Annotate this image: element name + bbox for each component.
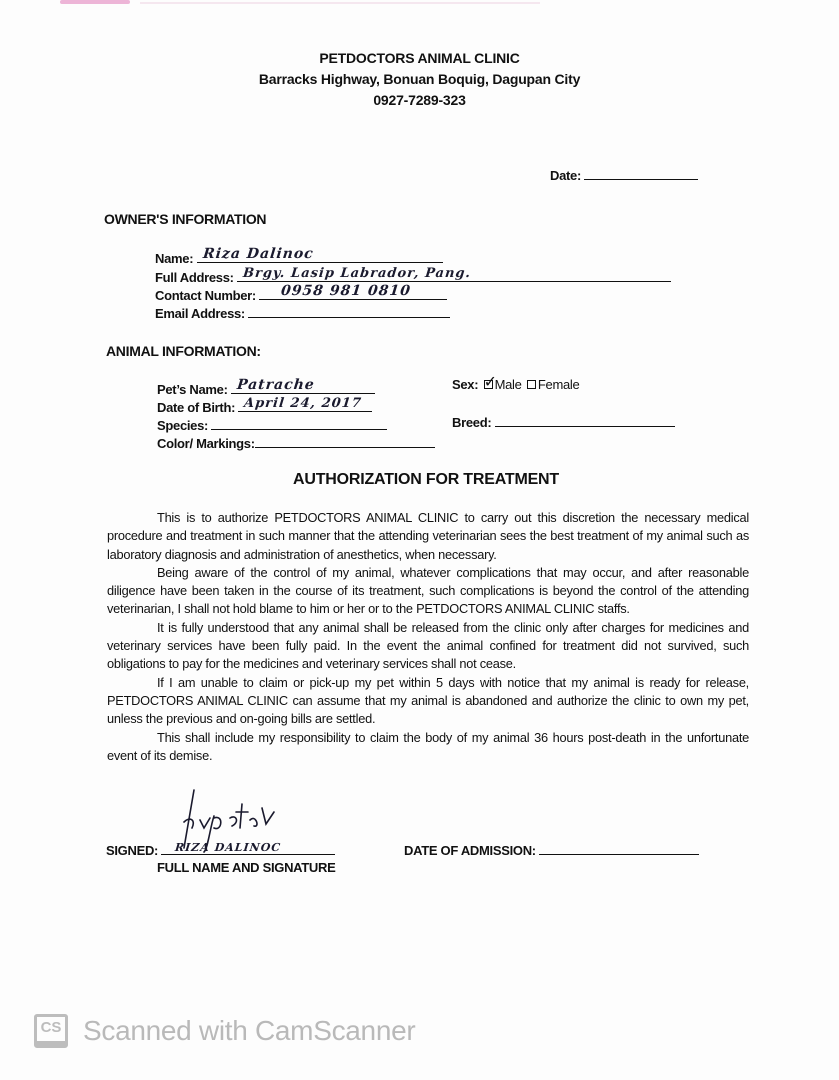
color-markings-label: Color/ Markings: [157, 436, 255, 451]
date-input-line[interactable] [584, 167, 698, 180]
owner-address-label: Full Address: [155, 270, 234, 285]
species-input[interactable] [211, 417, 387, 430]
signed-field: SIGNED: RIZA DALINOC [106, 842, 335, 858]
camscanner-logo-icon: CS [34, 1014, 68, 1048]
authorization-paragraph: It is fully understood that any animal s… [107, 619, 749, 674]
authorization-paragraph: This is to authorize PETDOCTORS ANIMAL C… [107, 509, 749, 564]
authorization-body: This is to authorize PETDOCTORS ANIMAL C… [107, 509, 749, 765]
owner-name-label: Name: [155, 251, 193, 266]
scan-smudge [60, 0, 130, 4]
male-option-label: Male [495, 377, 522, 392]
owner-name-field: Name: Riza Dalinoc [155, 250, 443, 266]
pet-dob-field: Date of Birth: April 24, 2017 [157, 399, 372, 415]
pet-name-label: Pet’s Name: [157, 382, 228, 397]
clinic-address: Barracks Highway, Bonuan Boquig, Dagupan… [0, 71, 839, 87]
owner-email-field: Email Address: [155, 305, 450, 321]
color-markings-field: Color/ Markings: [157, 435, 435, 451]
pet-dob-input[interactable]: April 24, 2017 [238, 399, 372, 412]
pet-dob-label: Date of Birth: [157, 400, 235, 415]
date-of-admission-input[interactable] [539, 842, 699, 855]
breed-label: Breed: [452, 415, 491, 430]
date-field: Date: [550, 167, 698, 183]
signed-label: SIGNED: [106, 843, 158, 858]
signature-caption: FULL NAME AND SIGNATURE [157, 860, 335, 875]
authorization-paragraph: This shall include my responsibility to … [107, 729, 749, 766]
signature-input[interactable]: RIZA DALINOC [161, 842, 335, 855]
date-of-admission-label: DATE OF ADMISSION: [404, 843, 536, 858]
color-markings-input[interactable] [255, 435, 435, 448]
female-option-label: Female [538, 377, 580, 392]
breed-field: Breed: [452, 414, 675, 430]
species-field: Species: [157, 417, 387, 433]
sex-field: Sex: ✓Male Female [452, 377, 579, 392]
clinic-phone: 0927-7289-323 [0, 92, 839, 108]
authorization-paragraph: If I am unable to claim or pick-up my pe… [107, 674, 749, 729]
checkmark-icon: ✓ [484, 372, 497, 392]
clinic-name: PETDOCTORS ANIMAL CLINIC [0, 50, 839, 66]
date-of-admission-field: DATE OF ADMISSION: [404, 842, 699, 858]
sex-label: Sex: [452, 377, 478, 392]
owner-email-label: Email Address: [155, 306, 245, 321]
pet-name-field: Pet’s Name: Patrache [157, 381, 375, 397]
watermark-text: Scanned with CamScanner [83, 1015, 415, 1047]
owner-contact-label: Contact Number: [155, 288, 256, 303]
owner-address-input[interactable]: Brgy. Lasip Labrador, Pang. [237, 269, 671, 282]
owner-section-title: OWNER'S INFORMATION [104, 211, 266, 227]
male-checkbox[interactable]: ✓ [484, 380, 493, 389]
date-label: Date: [550, 168, 581, 183]
owner-name-input[interactable]: Riza Dalinoc [197, 250, 443, 263]
scan-smudge [140, 2, 540, 4]
owner-contact-input[interactable]: 0958 981 0810 [259, 287, 447, 300]
owner-email-input[interactable] [248, 305, 450, 318]
animal-section-title: ANIMAL INFORMATION: [106, 343, 261, 359]
owner-address-field: Full Address: Brgy. Lasip Labrador, Pang… [155, 269, 671, 285]
pet-name-input[interactable]: Patrache [231, 381, 375, 394]
breed-input[interactable] [495, 414, 675, 427]
authorization-paragraph: Being aware of the control of my animal,… [107, 564, 749, 619]
female-checkbox[interactable] [527, 380, 536, 389]
species-label: Species: [157, 418, 208, 433]
camscanner-watermark: CS Scanned with CamScanner [34, 1014, 415, 1048]
owner-contact-field: Contact Number: 0958 981 0810 [155, 287, 447, 303]
authorization-title: AUTHORIZATION FOR TREATMENT [0, 471, 839, 489]
